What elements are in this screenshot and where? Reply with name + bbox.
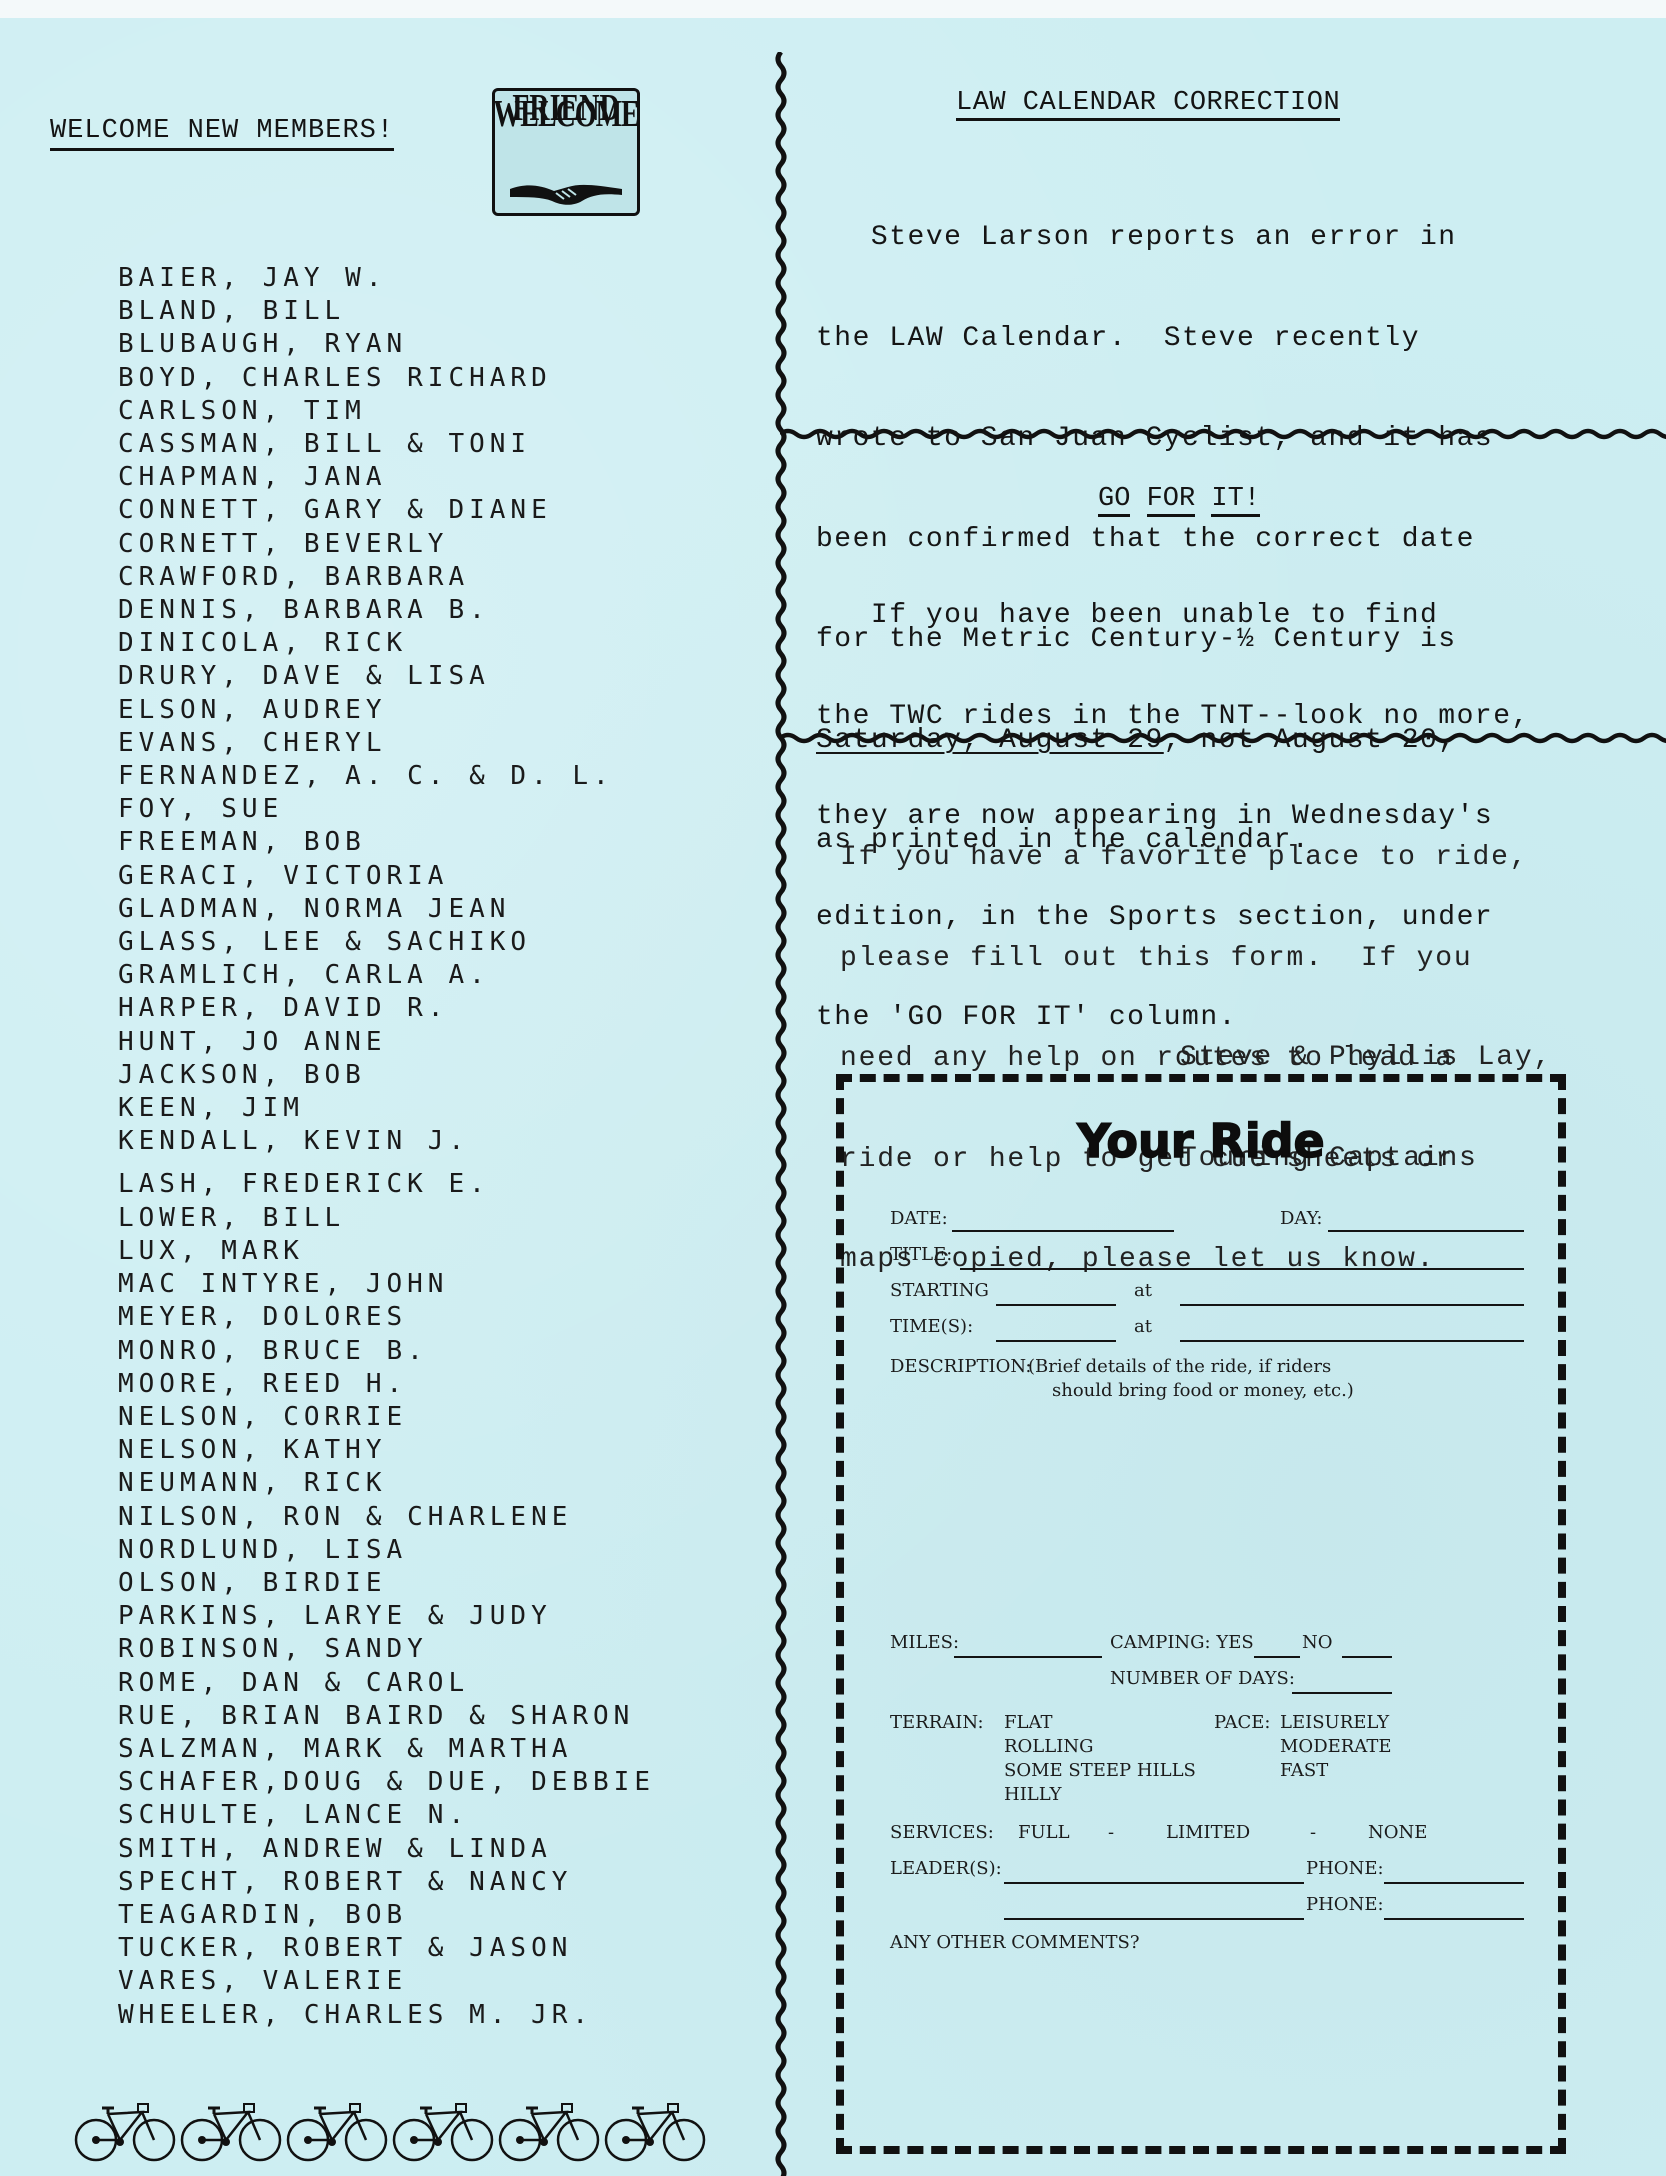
member-name: KEEN, JIM (118, 1092, 655, 1125)
member-name: GLADMAN, NORMA JEAN (118, 893, 655, 926)
member-name: ROBINSON, SANDY (118, 1633, 655, 1666)
terrain-option-rolling[interactable]: ROLLING (1004, 1736, 1093, 1757)
form-title: Your Ride (844, 1114, 1558, 1168)
terrain-option-flat[interactable]: FLAT (1004, 1712, 1052, 1733)
day-field[interactable] (1328, 1230, 1524, 1232)
member-name: CORNETT, BEVERLY (118, 528, 655, 561)
bicycle-icon (602, 2100, 708, 2162)
phone-field-2[interactable] (1384, 1918, 1524, 1920)
law-calendar-heading: LAW CALENDAR CORRECTION (956, 88, 1340, 121)
camping-no-field[interactable] (1342, 1656, 1392, 1658)
pace-option-leisurely[interactable]: LEISURELY (1280, 1712, 1389, 1733)
start-time-field[interactable] (996, 1304, 1116, 1306)
camping-no-label: NO (1302, 1632, 1333, 1653)
member-name: GERACI, VICTORIA (118, 860, 655, 893)
start-place-field[interactable] (1180, 1304, 1524, 1306)
stamp-bottom-word: FRIEND (512, 90, 619, 128)
services-label: SERVICES: (890, 1822, 994, 1843)
member-name: SALZMAN, MARK & MARTHA (118, 1733, 655, 1766)
leader-field-2[interactable] (1004, 1918, 1304, 1920)
member-name: TUCKER, ROBERT & JASON (118, 1932, 655, 1965)
member-name: SPECHT, ROBERT & NANCY (118, 1866, 655, 1899)
member-name: NELSON, KATHY (118, 1434, 655, 1467)
member-name: PARKINS, LARYE & JUDY (118, 1600, 655, 1633)
member-name: MEYER, DOLORES (118, 1301, 655, 1334)
member-name: DENNIS, BARBARA B. (118, 594, 655, 627)
article-line: please fill out this form. If you (840, 942, 1528, 976)
member-name: JACKSON, BOB (118, 1059, 655, 1092)
your-ride-form: Your Ride DATE: DAY: TITLE: STARTING at … (836, 1074, 1566, 2154)
member-name: MAC INTYRE, JOHN (118, 1268, 655, 1301)
bicycle-row (72, 2100, 708, 2162)
start-time-field-2[interactable] (996, 1340, 1116, 1342)
start-place-field-2[interactable] (1180, 1340, 1524, 1342)
services-option-none[interactable]: NONE (1368, 1822, 1427, 1843)
heading-word: FOR (1147, 484, 1196, 517)
phone-label: PHONE: (1306, 1858, 1384, 1879)
bicycle-icon (496, 2100, 602, 2162)
welcome-heading: WELCOME NEW MEMBERS! (50, 116, 394, 151)
member-name: BAIER, JAY W. (118, 262, 655, 295)
date-field[interactable] (952, 1230, 1174, 1232)
article-line: wrote to San Juan Cyclist, and it has (816, 422, 1493, 456)
member-name: RUE, BRIAN BAIRD & SHARON (118, 1700, 655, 1733)
starting-label: STARTING (890, 1280, 989, 1301)
member-name: EVANS, CHERYL (118, 727, 655, 760)
services-separator: - (1108, 1822, 1114, 1843)
comments-label: ANY OTHER COMMENTS? (890, 1932, 1140, 1953)
at-label: at (1134, 1280, 1152, 1301)
member-name: MONRO, BRUCE B. (118, 1335, 655, 1368)
camping-label: CAMPING: YES (1110, 1632, 1254, 1653)
member-name: BOYD, CHARLES RICHARD (118, 362, 655, 395)
member-name: LUX, MARK (118, 1235, 655, 1268)
member-name: FERNANDEZ, A. C. & D. L. (118, 760, 655, 793)
member-name: HARPER, DAVID R. (118, 992, 655, 1025)
title-label: TITLE: (890, 1244, 952, 1265)
member-name: TEAGARDIN, BOB (118, 1899, 655, 1932)
comments-field[interactable] (890, 1962, 1524, 2122)
description-label: DESCRIPTION: (890, 1356, 1032, 1377)
member-name: DRURY, DAVE & LISA (118, 660, 655, 693)
new-members-list: BAIER, JAY W.BLAND, BILLBLUBAUGH, RYANBO… (118, 262, 655, 2032)
member-name: ROME, DAN & CAROL (118, 1667, 655, 1700)
go-for-it-heading: GO FOR IT! (1098, 484, 1260, 514)
member-name: WHEELER, CHARLES M. JR. (118, 1999, 655, 2032)
handshake-icon (506, 175, 626, 209)
member-name: BLUBAUGH, RYAN (118, 328, 655, 361)
camping-yes-field[interactable] (1254, 1656, 1300, 1658)
member-name: GRAMLICH, CARLA A. (118, 959, 655, 992)
article-line: Steve Larson reports an error in (816, 221, 1493, 255)
member-name: ELSON, AUDREY (118, 694, 655, 727)
member-name: CASSMAN, BILL & TONI (118, 428, 655, 461)
leaders-label: LEADER(S): (890, 1858, 1002, 1879)
bicycle-icon (178, 2100, 284, 2162)
member-name: FOY, SUE (118, 793, 655, 826)
description-hint: should bring food or money, etc.) (1052, 1380, 1354, 1401)
title-field[interactable] (960, 1268, 1524, 1270)
member-name: OLSON, BIRDIE (118, 1567, 655, 1600)
pace-option-moderate[interactable]: MODERATE (1280, 1736, 1391, 1757)
terrain-option-hilly[interactable]: HILLY (1004, 1784, 1061, 1805)
services-option-limited[interactable]: LIMITED (1166, 1822, 1250, 1843)
terrain-option-steep[interactable]: SOME STEEP HILLS (1004, 1760, 1196, 1781)
member-name: FREEMAN, BOB (118, 826, 655, 859)
miles-field[interactable] (954, 1656, 1102, 1658)
heading-word: IT! (1211, 484, 1260, 517)
article-line: If you have been unable to find (816, 599, 1530, 633)
pace-option-fast[interactable]: FAST (1280, 1760, 1328, 1781)
member-name: CARLSON, TIM (118, 395, 655, 428)
column-divider-wavy (772, 52, 790, 2176)
member-name: MOORE, REED H. (118, 1368, 655, 1401)
member-name: NELSON, CORRIE (118, 1401, 655, 1434)
member-name: SMITH, ANDREW & LINDA (118, 1833, 655, 1866)
day-label: DAY: (1280, 1208, 1322, 1229)
times-label: TIME(S): (890, 1316, 973, 1337)
terrain-label: TERRAIN: (890, 1712, 984, 1733)
welcome-friend-stamp: WELCOME FRIEND (492, 88, 640, 216)
signature-name: Steve & Phyllis Lay, (1180, 1041, 1552, 1075)
member-name: DINICOLA, RICK (118, 627, 655, 660)
bicycle-icon (72, 2100, 178, 2162)
at-label: at (1134, 1316, 1152, 1337)
member-name: CHAPMAN, JANA (118, 461, 655, 494)
bicycle-icon (284, 2100, 390, 2162)
member-name: SCHULTE, LANCE N. (118, 1799, 655, 1832)
member-name: CRAWFORD, BARBARA (118, 561, 655, 594)
days-label: NUMBER OF DAYS: (1110, 1668, 1295, 1689)
services-option-full[interactable]: FULL (1018, 1822, 1070, 1843)
member-name: LASH, FREDERICK E. (118, 1168, 655, 1201)
phone-field[interactable] (1384, 1882, 1524, 1884)
member-name: BLAND, BILL (118, 295, 655, 328)
member-name: GLASS, LEE & SACHIKO (118, 926, 655, 959)
member-name: NORDLUND, LISA (118, 1534, 655, 1567)
leader-field[interactable] (1004, 1882, 1304, 1884)
bicycle-icon (390, 2100, 496, 2162)
member-name: SCHAFER,DOUG & DUE, DEBBIE (118, 1766, 655, 1799)
member-name: KENDALL, KEVIN J. (118, 1125, 655, 1158)
miles-label: MILES: (890, 1632, 959, 1653)
scan-edge (0, 0, 1666, 18)
member-name: CONNETT, GARY & DIANE (118, 494, 655, 527)
member-name: NILSON, RON & CHARLENE (118, 1501, 655, 1534)
description-field[interactable] (890, 1412, 1524, 1622)
services-separator: - (1310, 1822, 1316, 1843)
days-field[interactable] (1292, 1692, 1392, 1694)
description-hint: (Brief details of the ride, if riders (1028, 1356, 1331, 1377)
article-line: If you have a favorite place to ride, (840, 841, 1528, 875)
date-label: DATE: (890, 1208, 948, 1229)
member-name: LOWER, BILL (118, 1202, 655, 1235)
pace-label: PACE: (1214, 1712, 1270, 1733)
article-line: the LAW Calendar. Steve recently (816, 322, 1493, 356)
article-line: the TWC rides in the TNT--look no more, (816, 700, 1530, 734)
heading-word: GO (1098, 484, 1130, 517)
member-name: NEUMANN, RICK (118, 1467, 655, 1500)
member-name: HUNT, JO ANNE (118, 1026, 655, 1059)
member-name: VARES, VALERIE (118, 1965, 655, 1998)
phone-label: PHONE: (1306, 1894, 1384, 1915)
